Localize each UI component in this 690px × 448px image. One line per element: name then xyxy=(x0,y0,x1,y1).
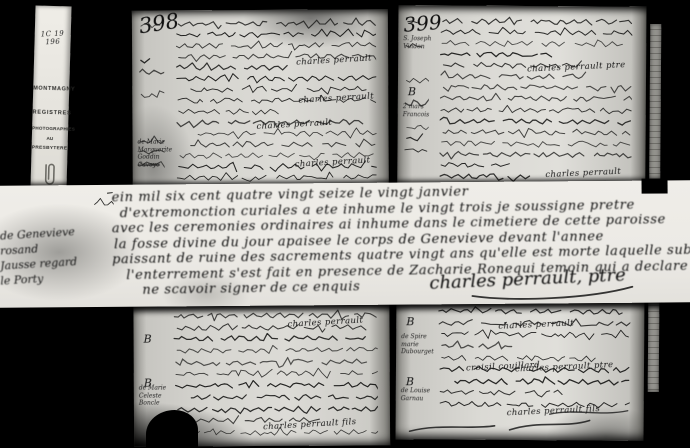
handwriting-line xyxy=(174,403,378,415)
handwriting-line xyxy=(405,64,429,75)
handwriting-line xyxy=(84,187,114,198)
handwriting-line xyxy=(174,380,378,392)
handwriting-line xyxy=(438,329,630,341)
margin-letter-b: B xyxy=(408,85,416,98)
handwriting-line xyxy=(174,344,378,356)
handwriting-line xyxy=(405,122,429,133)
handwriting-line xyxy=(404,168,428,179)
handwriting-line xyxy=(138,32,164,43)
spine-line-presbytere: PRESBYTERE xyxy=(32,145,68,151)
handwriting-line xyxy=(405,133,429,144)
handwriting-line xyxy=(138,43,164,54)
handwriting-line xyxy=(174,391,378,403)
handwriting-line xyxy=(138,101,164,112)
handwriting-line xyxy=(138,124,164,135)
handwriting-line xyxy=(404,145,428,156)
spine-line-au: AU xyxy=(32,135,68,141)
handwriting-line xyxy=(405,17,429,28)
handwriting-line xyxy=(438,340,630,352)
handwriting-line xyxy=(404,156,428,167)
margin-letter-b: B xyxy=(144,377,152,390)
handwriting-line xyxy=(84,198,114,209)
handwriting-line xyxy=(138,89,164,100)
margin-note: 2 mars Francois xyxy=(403,103,439,118)
right-entries-upper xyxy=(439,15,632,182)
margin-note: S. Joseph Vindon xyxy=(403,35,439,50)
spine-line-photographies: PHOTOGRAPHIES xyxy=(32,125,68,131)
margin-note: de Louise Garnau xyxy=(401,387,437,402)
catalog-number: 1C 19 196 xyxy=(34,29,71,46)
handwriting-line xyxy=(138,112,164,123)
microfilm-scan: 1C 19 196 MONTMAGNY REGISTRES PHOTOGRAPH… xyxy=(0,0,690,448)
handwriting-line xyxy=(438,305,630,317)
magnified-excerpt-strip: de Genevieve rosand Jausse regard le Por… xyxy=(0,180,690,307)
handwriting-line xyxy=(138,55,164,66)
pen-marks xyxy=(84,187,114,209)
spine-line-registres: REGISTRES xyxy=(32,109,68,116)
signature-flourish xyxy=(468,283,638,302)
handwriting-line xyxy=(438,375,630,387)
handwriting-line xyxy=(138,66,164,77)
margin-letter-b: B xyxy=(144,333,152,346)
spine-line-montmagny: MONTMAGNY xyxy=(33,86,69,93)
handwriting-line xyxy=(138,78,164,89)
handwriting-line xyxy=(177,171,377,183)
film-notch xyxy=(641,178,667,193)
spine-label: 1C 19 196 MONTMAGNY REGISTRES PHOTOGRAPH… xyxy=(30,6,71,190)
paperclip-icon xyxy=(40,162,57,188)
handwriting-line xyxy=(138,21,164,32)
handwriting-line xyxy=(405,52,429,63)
pen-flourishes xyxy=(400,405,640,437)
margin-letter-b: B xyxy=(406,315,414,328)
handwriting-line xyxy=(174,368,378,380)
excerpt-margin-notes: de Genevieve rosand Jausse regard le Por… xyxy=(0,225,110,286)
handwriting-line xyxy=(174,333,378,345)
handwriting-line xyxy=(139,169,165,180)
margin-note: de Marie Marguerite Goddin Cavoye xyxy=(138,138,174,168)
margin-note: de Spire marie Dubourget xyxy=(401,333,437,356)
handwriting-line xyxy=(174,356,378,368)
handwriting-line xyxy=(438,387,630,399)
margin-letter-b: B xyxy=(406,375,414,388)
